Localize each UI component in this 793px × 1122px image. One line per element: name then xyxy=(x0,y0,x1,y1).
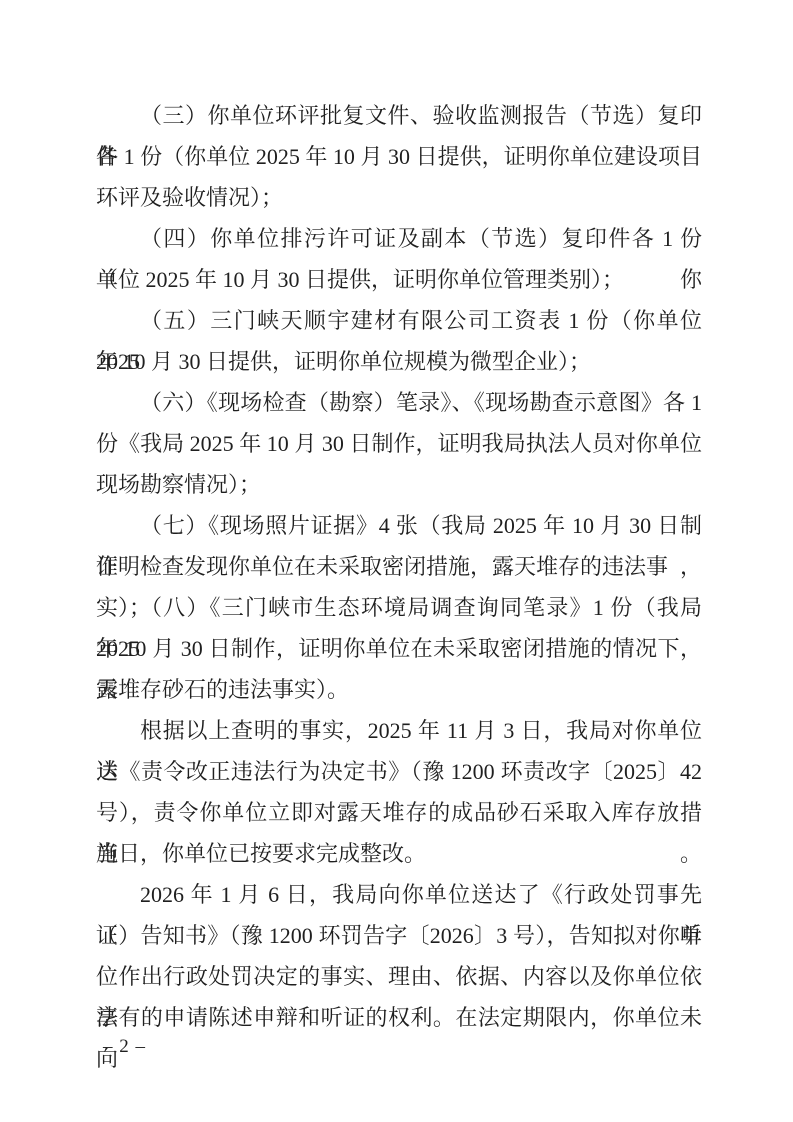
text-line: 各 1 份（你单位 2025 年 10 月 30 日提供，证明你单位建设项目 xyxy=(96,136,702,177)
text-line: （四）你单位排污许可证及副本（节选）复印件各 1 份（你 xyxy=(96,218,702,259)
text-line: （八）《三门峡市生态环境局调查询同笔录》1 份（我局 2025 xyxy=(96,587,702,628)
text-line: 根据以上查明的事实，2025 年 11 月 3 日，我局对你单位送 xyxy=(96,710,702,751)
text-line: 2026 年 1 月 6 日，我局向你单位送达了《行政处罚事先（听 xyxy=(96,874,702,915)
text-line: 现场勘察情况）； xyxy=(96,464,702,505)
text-line: 证明检查发现你单位在未采取密闭措施，露天堆存的违法事实）； xyxy=(96,546,702,587)
text-line: （六）《现场检查（勘察）笔录》、《现场勘查示意图》各 1 xyxy=(96,382,702,423)
document-page: （三）你单位环评批复文件、验收监测报告（节选）复印件各 1 份（你单位 2025… xyxy=(0,0,793,1122)
text-line: 号），责令你单位立即对露天堆存的成品砂石采取入库存放措施。 xyxy=(96,792,702,833)
text-line: 年 10 月 30 日提供，证明你单位规模为微型企业）； xyxy=(96,341,702,382)
text-line: 达《责令改正违法行为决定书》（豫 1200 环责改字〔2025〕42 xyxy=(96,751,702,792)
text-line: 环评及验收情况）； xyxy=(96,177,702,218)
text-line: （五）三门峡天顺宇建材有限公司工资表 1 份（你单位 2025 xyxy=(96,300,702,341)
document-body: （三）你单位环评批复文件、验收监测报告（节选）复印件各 1 份（你单位 2025… xyxy=(96,95,702,1038)
text-line: 年 10 月 30 日制作，证明你单位在未采取密闭措施的情况下，露 xyxy=(96,628,702,669)
text-line: 份《我局 2025 年 10 月 30 日制作，证明我局执法人员对你单位 xyxy=(96,423,702,464)
text-line: （七）《现场照片证据》4 张（我局 2025 年 10 月 30 日制作， xyxy=(96,505,702,546)
text-line: 天堆存砂石的违法事实）。 xyxy=(96,669,702,710)
page-number: – 2 – xyxy=(103,1034,146,1060)
text-line: 享有的申请陈述申辩和听证的权利。在法定期限内，你单位未向 xyxy=(96,997,702,1038)
text-line: 位作出行政处罚决定的事实、理由、依据、内容以及你单位依法 xyxy=(96,956,702,997)
text-line: 单位 2025 年 10 月 30 日提供，证明你单位管理类别）； xyxy=(96,259,702,300)
text-line: 证）告知书》（豫 1200 环罚告字〔2026〕3 号），告知拟对你单 xyxy=(96,915,702,956)
text-line: （三）你单位环评批复文件、验收监测报告（节选）复印件 xyxy=(96,95,702,136)
